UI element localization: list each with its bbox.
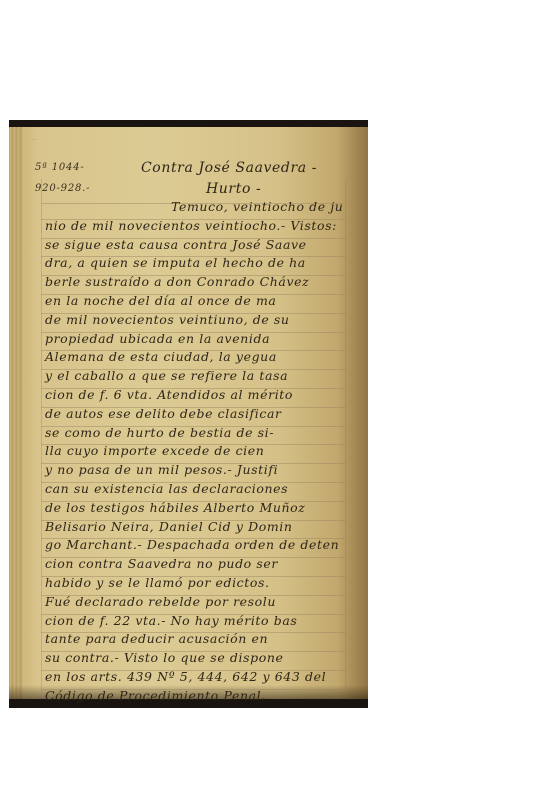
folio-range: 920-928.- <box>35 177 90 201</box>
ledger-photo: ··· 5ª 1044- Contra José Saavedra - 920-… <box>9 120 368 708</box>
ledger-page: ··· 5ª 1044- Contra José Saavedra - 920-… <box>9 127 368 699</box>
page-edges <box>9 127 23 699</box>
ruled-text-area: 5ª 1044- Contra José Saavedra - 920-928.… <box>41 157 346 697</box>
margin-mark: ··· <box>31 136 38 144</box>
